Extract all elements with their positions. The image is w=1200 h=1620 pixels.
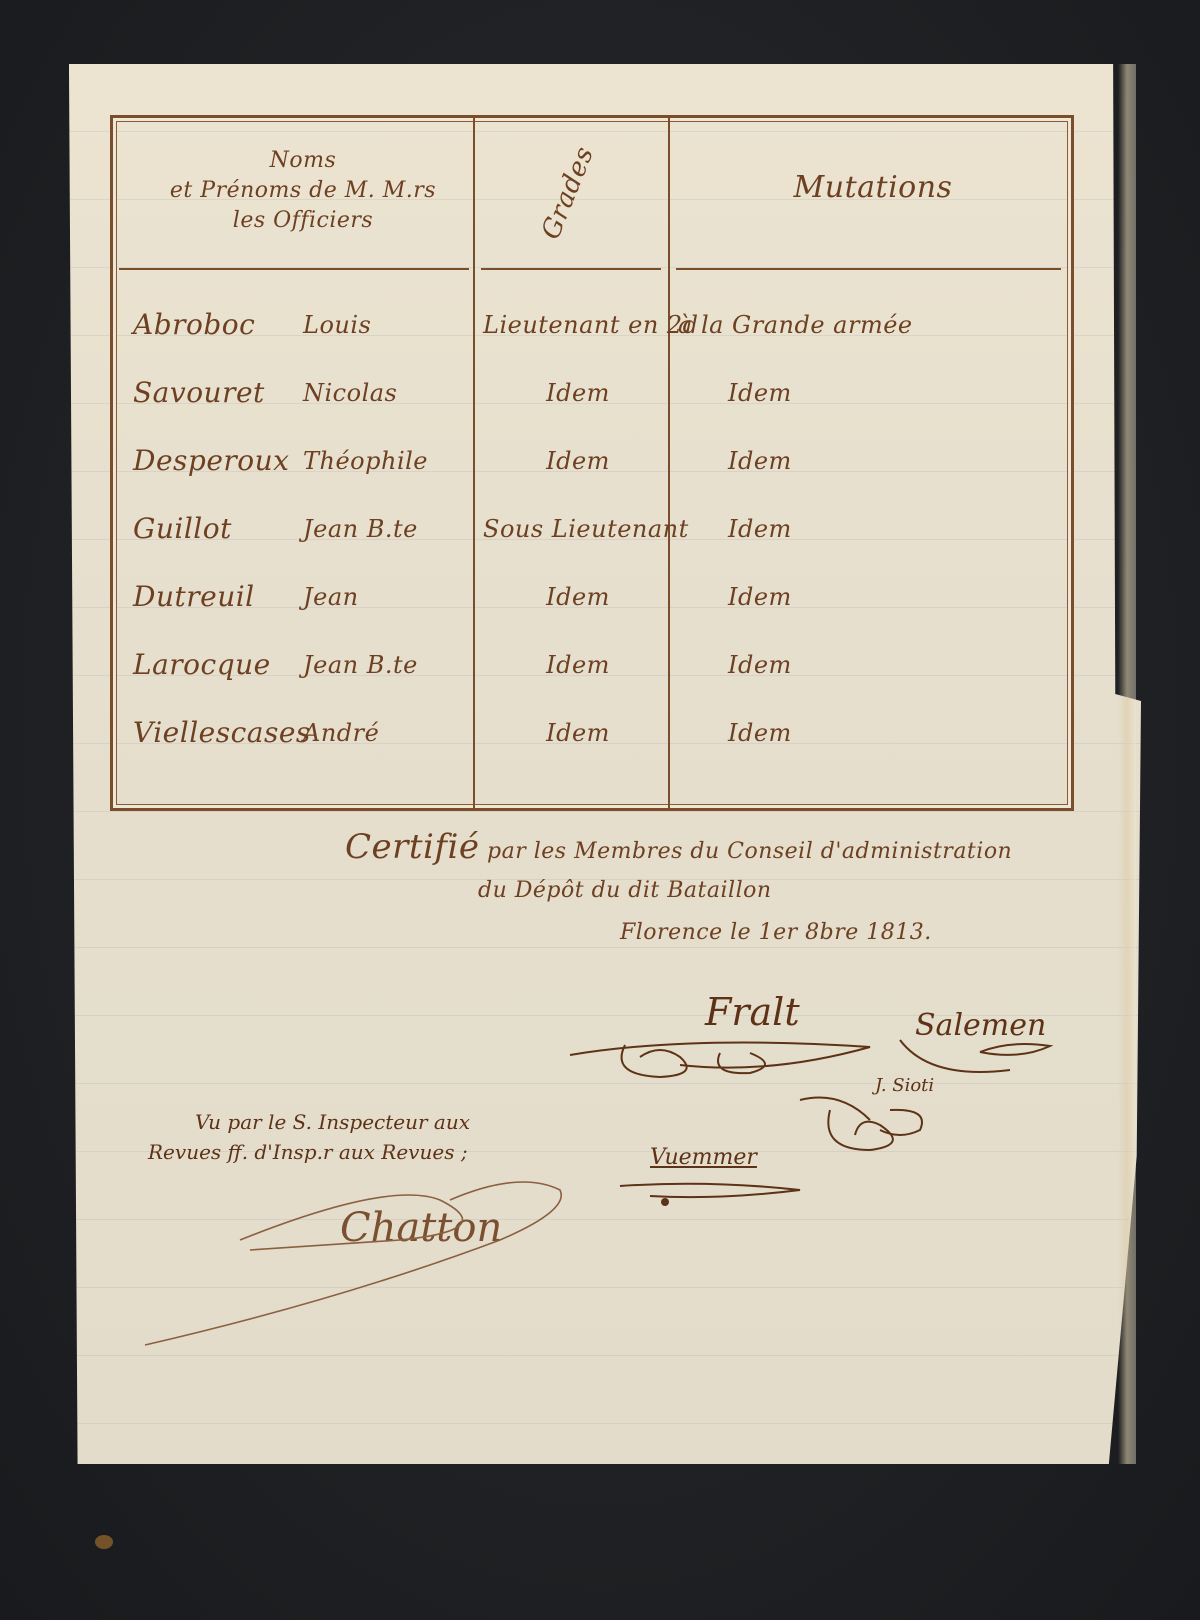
officer-grade: Idem [483, 718, 673, 748]
officer-surname: Dutreuil [133, 582, 255, 612]
table-row: Viellescases André Idem Idem [113, 718, 1071, 784]
officer-mutation: Idem [678, 650, 908, 680]
table-row: Dutreuil Jean Idem Idem [113, 582, 1071, 648]
header-rule-names [119, 268, 469, 270]
certification-line-2: du Dépôt du dit Bataillon [478, 876, 772, 906]
officer-grade: Idem [483, 650, 673, 680]
header-names: Noms et Prénoms de M. M.rs les Officiers [133, 146, 473, 236]
officer-surname: Desperoux [133, 446, 289, 476]
table-row: Abroboc Louis Lieutenant en 2d à la Gran… [113, 310, 1071, 376]
certification-prefix: Certifié [345, 827, 480, 867]
inspector-note-line-1: Vu par le S. Inspecteur aux [195, 1110, 470, 1134]
certification-date: Florence le 1er 8bre 1813. [620, 918, 932, 948]
officer-surname: Savouret [133, 378, 265, 408]
table-row: Desperoux Théophile Idem Idem [113, 446, 1071, 512]
signature-2-flourish [900, 1030, 1080, 1080]
signature-3-flourish [800, 1090, 950, 1160]
certification-line-1: Certifié par les Membres du Conseil d'ad… [345, 832, 1012, 867]
officer-surname: Abroboc [133, 310, 255, 340]
officer-grade: Sous Lieutenant [483, 514, 673, 544]
header-grades: Grades [528, 122, 608, 263]
officer-grade: Idem [483, 378, 673, 408]
officer-mutation: Idem [678, 378, 908, 408]
officer-firstname: Jean B.te [303, 650, 418, 680]
officer-mutation: Idem [678, 514, 908, 544]
header-names-line3: les Officiers [133, 206, 473, 236]
table-row: Larocque Jean B.te Idem Idem [113, 650, 1071, 716]
certification-text-1: par les Membres du Conseil d'administrat… [487, 839, 1012, 864]
header-names-line1: Noms [133, 146, 473, 176]
table-row: Guillot Jean B.te Sous Lieutenant Idem [113, 514, 1071, 580]
officer-surname: Larocque [133, 650, 271, 680]
officer-firstname: Théophile [303, 446, 428, 476]
header-rule-grades [481, 268, 661, 270]
header-mutations: Mutations [713, 173, 1033, 203]
officer-firstname: Nicolas [303, 378, 397, 408]
inspector-signature-flourish [140, 1170, 590, 1360]
signature-4-flourish [620, 1180, 820, 1210]
officer-mutation: Idem [678, 718, 908, 748]
table-row: Savouret Nicolas Idem Idem [113, 378, 1071, 444]
officer-mutation: Idem [678, 582, 908, 612]
officer-firstname: Jean [303, 582, 359, 612]
officer-surname: Viellescases [133, 718, 311, 748]
corner-stain [95, 1535, 113, 1549]
officer-firstname: André [303, 718, 379, 748]
officer-mutation: Idem [678, 446, 908, 476]
officer-firstname: Jean B.te [303, 514, 418, 544]
inspector-note-line-2: Revues ff. d'Insp.r aux Revues ; [148, 1140, 468, 1164]
officer-surname: Guillot [133, 514, 232, 544]
signature-4: Vuemmer [650, 1145, 757, 1170]
officer-grade: Idem [483, 446, 673, 476]
officer-grade: Idem [483, 582, 673, 612]
officers-table: Noms et Prénoms de M. M.rs les Officiers… [110, 115, 1074, 811]
officer-mutation: à la Grande armée [678, 310, 908, 340]
officer-firstname: Louis [303, 310, 371, 340]
header-rule-mutations [676, 268, 1061, 270]
officer-grade: Lieutenant en 2d [483, 310, 673, 340]
signature-1: Fralt [705, 990, 800, 1034]
header-names-line2: et Prénoms de M. M.rs [133, 176, 473, 206]
